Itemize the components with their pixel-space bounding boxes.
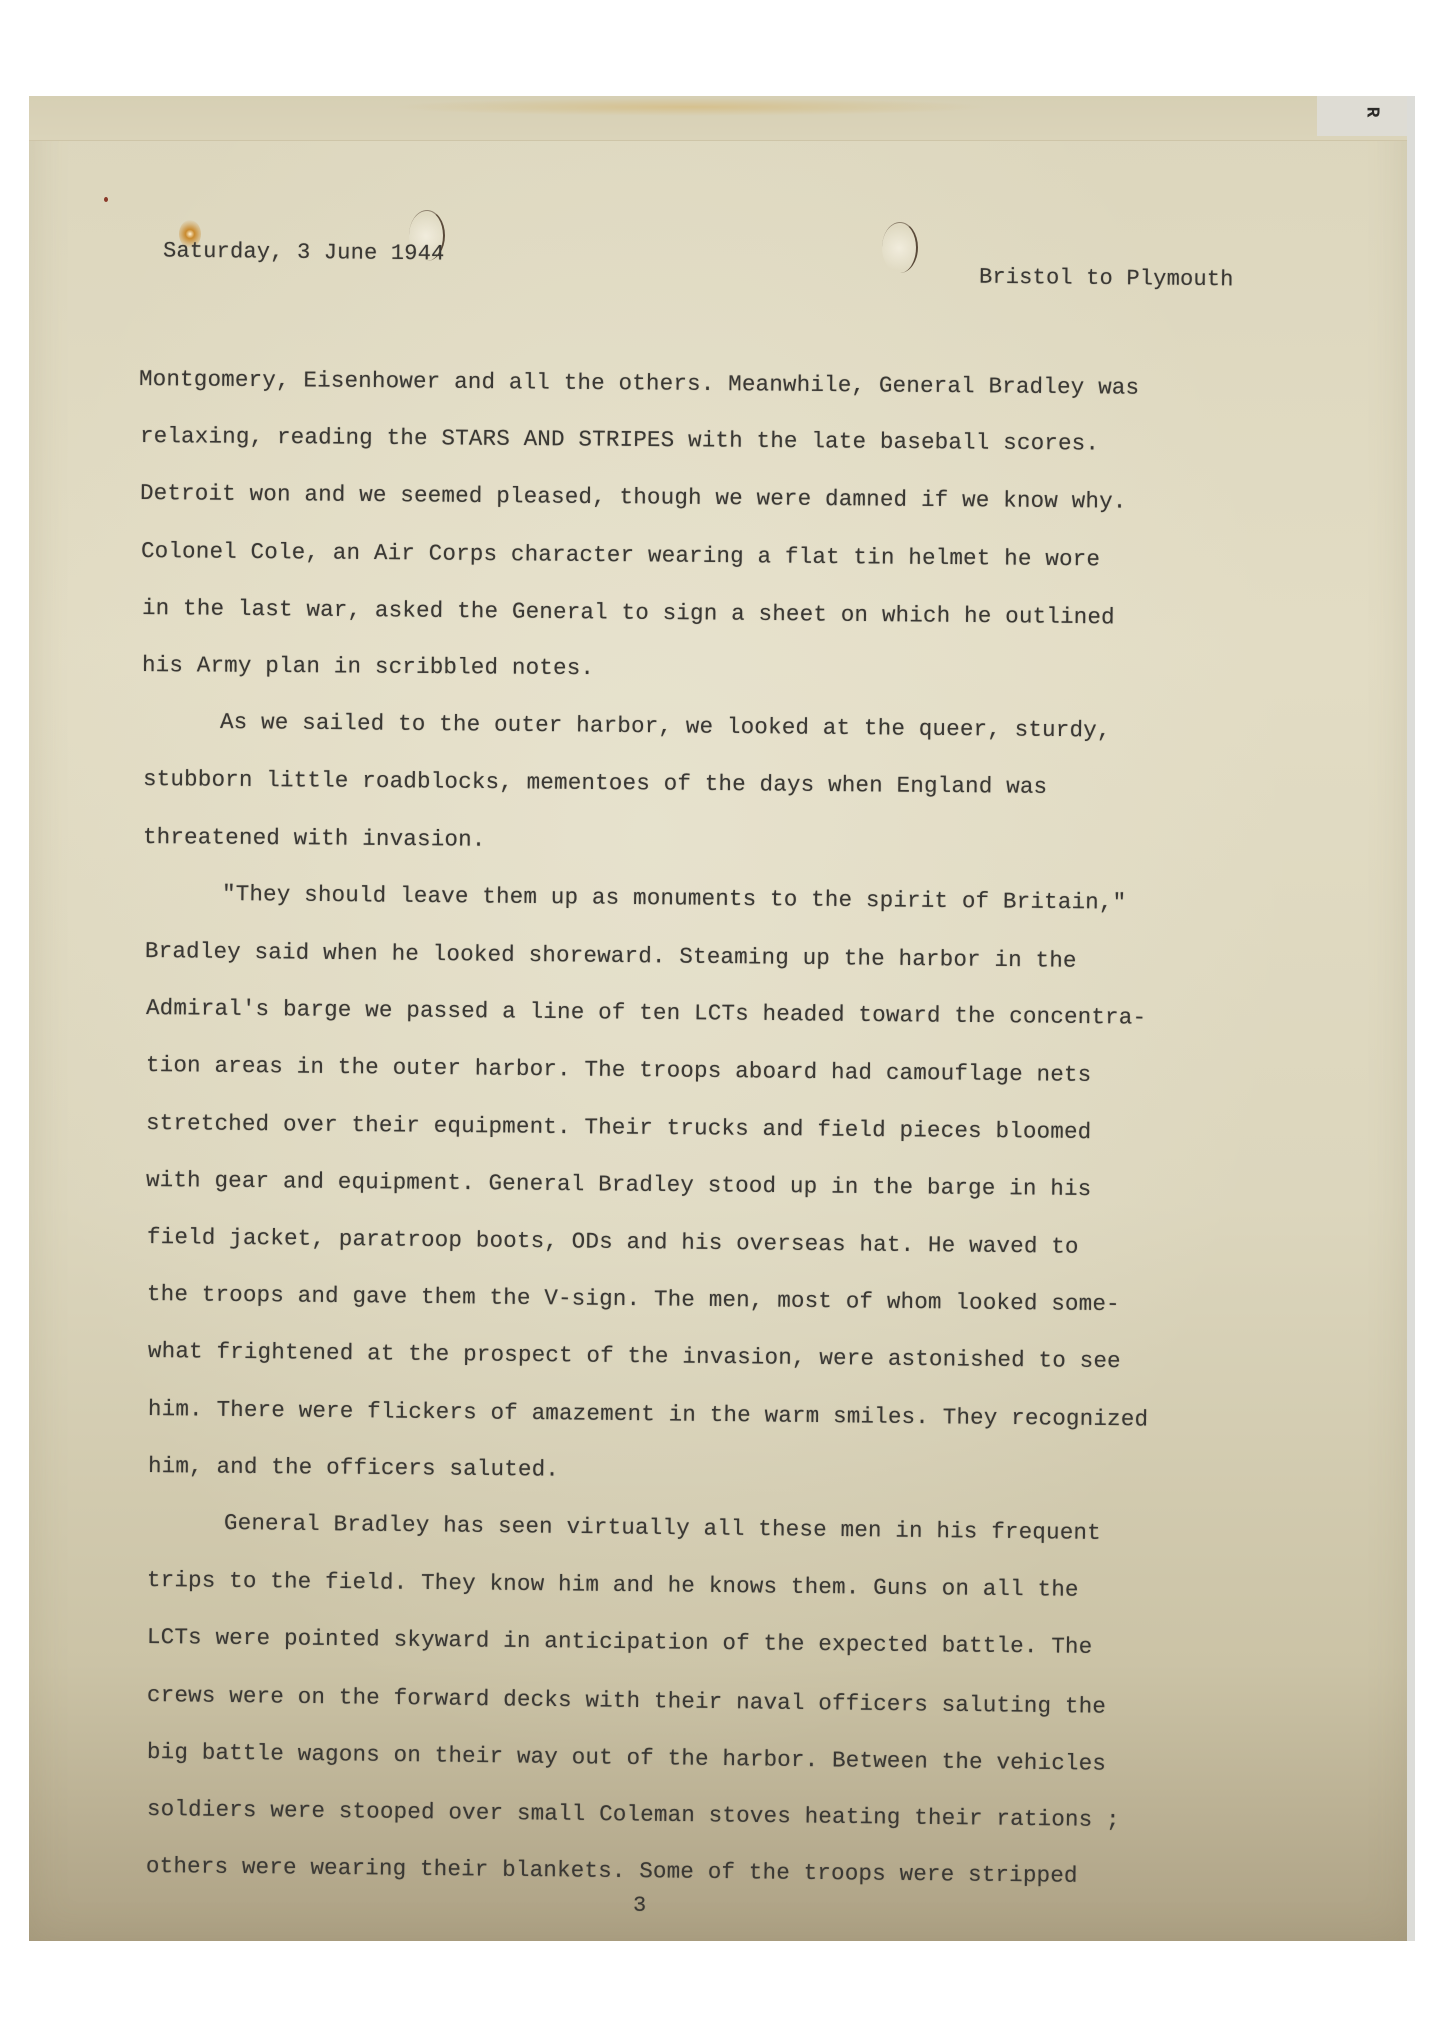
text-line: LCTs were pointed skyward in anticipatio…: [147, 1624, 1093, 1660]
text-line: big battle wagons on their way out of th…: [147, 1739, 1106, 1777]
text-line: threatened with invasion.: [143, 824, 486, 853]
attached-sheet-corner: R: [1317, 96, 1407, 136]
text-line: Admiral's barge we passed a line of ten …: [146, 995, 1146, 1031]
text-line: soldiers were stooped over small Coleman…: [147, 1796, 1120, 1833]
text-line: "They should leave them up as monuments …: [222, 881, 1127, 916]
text-line: what frightened at the prospect of the i…: [148, 1338, 1121, 1374]
entry-date: Saturday, 3 June 1944: [163, 239, 445, 267]
text-line: As we sailed to the outer harbor, we loo…: [220, 709, 1111, 744]
text-line: Colonel Cole, an Air Corps character wea…: [141, 538, 1100, 572]
text-line: trips to the field. They know him and he…: [147, 1567, 1079, 1603]
page-edge: [1407, 96, 1415, 1941]
text-line: Detroit won and we seemed pleased, thoug…: [140, 480, 1127, 515]
text-line: relaxing, reading the STARS AND STRIPES …: [140, 423, 1099, 457]
typewritten-page: R Saturday, 3 June 1944 Bristol to Plymo…: [29, 96, 1407, 1941]
text-line: his Army plan in scribbled notes.: [142, 652, 594, 681]
page-number: 3: [633, 1893, 646, 1918]
text-line: with gear and equipment. General Bradley…: [146, 1167, 1092, 1202]
text-line: crews were on the forward decks with the…: [147, 1682, 1106, 1720]
text-line: him, and the officers saluted.: [148, 1453, 559, 1483]
text-line: Bradley said when he looked shoreward. S…: [145, 938, 1077, 974]
text-line: him. There were flickers of amazement in…: [148, 1396, 1148, 1432]
stain: [389, 98, 989, 116]
pin-hole-mark: [104, 197, 108, 202]
text-line: others were wearing their blankets. Some…: [146, 1853, 1078, 1889]
text-line: stubborn little roadblocks, mementoes of…: [143, 766, 1048, 800]
text-line: field jacket, paratroop boots, ODs and h…: [147, 1224, 1079, 1260]
text-line: stretched over their equipment. Their tr…: [146, 1110, 1092, 1145]
text-line: the troops and gave them the V-sign. The…: [147, 1281, 1120, 1317]
punch-hole-icon: [882, 222, 918, 273]
text-line: in the last war, asked the General to si…: [142, 595, 1115, 630]
entry-location: Bristol to Plymouth: [979, 265, 1234, 293]
text-line: tion areas in the outer harbor. The troo…: [146, 1052, 1092, 1088]
corner-mark: R: [1362, 107, 1382, 118]
page-top-fold: R: [29, 96, 1407, 141]
text-line: Montgomery, Eisenhower and all the other…: [139, 366, 1139, 401]
text-line: General Bradley has seen virtually all t…: [224, 1510, 1101, 1546]
